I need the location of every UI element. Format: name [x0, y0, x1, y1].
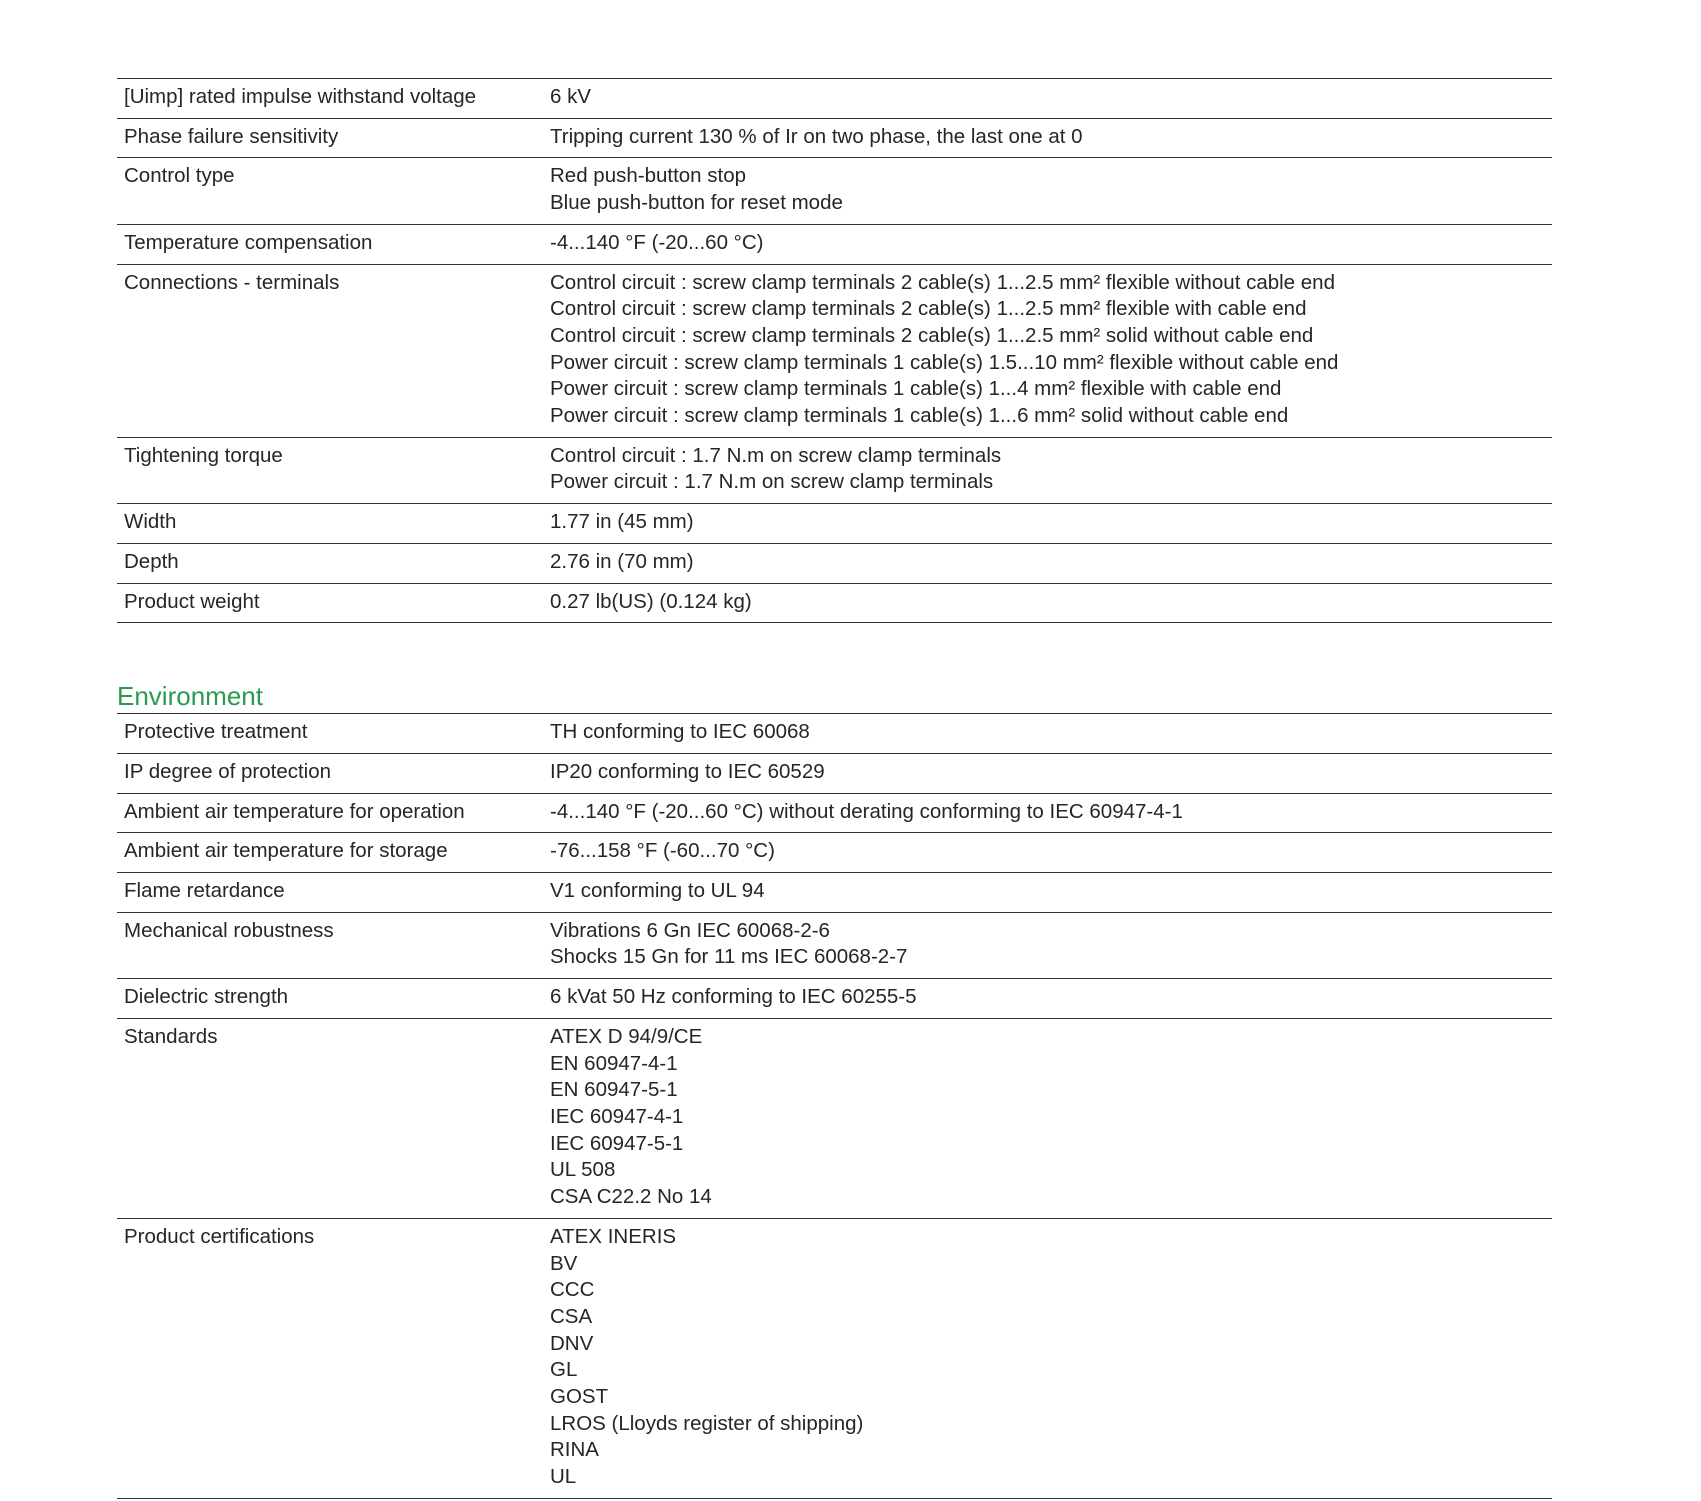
spec-label: Product certifications [117, 1224, 543, 1491]
spec-value-line: IEC 60947-4-1 [550, 1104, 1552, 1131]
spec-value: ATEX D 94/9/CEEN 60947-4-1EN 60947-5-1IE… [543, 1024, 1552, 1211]
table-row: Width1.77 in (45 mm) [117, 504, 1552, 544]
environment-section: Environment Protective treatmentTH confo… [117, 681, 1552, 1499]
spec-value-line: ATEX D 94/9/CE [550, 1024, 1552, 1051]
spec-value: 1.77 in (45 mm) [543, 509, 1552, 536]
spec-value-line: GOST [550, 1384, 1552, 1411]
spec-table-main: [Uimp] rated impulse withstand voltage6 … [117, 78, 1552, 623]
spec-value-line: Shocks 15 Gn for 11 ms IEC 60068-2-7 [550, 944, 1552, 971]
spec-value: TH conforming to IEC 60068 [543, 719, 1552, 746]
table-row: Tightening torqueControl circuit : 1.7 N… [117, 438, 1552, 504]
spec-value-line: IP20 conforming to IEC 60529 [550, 759, 1552, 786]
spec-value-line: 1.77 in (45 mm) [550, 509, 1552, 536]
table-row: Mechanical robustnessVibrations 6 Gn IEC… [117, 913, 1552, 979]
table-row: Protective treatmentTH conforming to IEC… [117, 714, 1552, 754]
spec-label: Ambient air temperature for storage [117, 838, 543, 865]
spec-value: 0.27 lb(US) (0.124 kg) [543, 589, 1552, 616]
spec-label: Connections - terminals [117, 270, 543, 430]
spec-value-line: -76...158 °F (-60...70 °C) [550, 838, 1552, 865]
spec-value-line: 0.27 lb(US) (0.124 kg) [550, 589, 1552, 616]
spec-value-line: Tripping current 130 % of Ir on two phas… [550, 124, 1552, 151]
table-row: Ambient air temperature for storage-76..… [117, 833, 1552, 873]
spec-label: Flame retardance [117, 878, 543, 905]
table-row: Product weight0.27 lb(US) (0.124 kg) [117, 584, 1552, 624]
table-row: Phase failure sensitivityTripping curren… [117, 119, 1552, 159]
spec-value: Red push-button stopBlue push-button for… [543, 163, 1552, 216]
table-row: Product certificationsATEX INERISBVCCCCS… [117, 1219, 1552, 1499]
spec-label: Control type [117, 163, 543, 216]
spec-value-line: RINA [550, 1437, 1552, 1464]
spec-table-environment: Protective treatmentTH conforming to IEC… [117, 713, 1552, 1499]
table-row: StandardsATEX D 94/9/CEEN 60947-4-1EN 60… [117, 1019, 1552, 1219]
spec-label: Phase failure sensitivity [117, 124, 543, 151]
specifications-section: [Uimp] rated impulse withstand voltage6 … [117, 78, 1552, 623]
spec-value-line: Blue push-button for reset mode [550, 190, 1552, 217]
spec-value-line: Control circuit : screw clamp terminals … [550, 270, 1552, 297]
spec-value-line: -4...140 °F (-20...60 °C) [550, 230, 1552, 257]
spec-value-line: 2.76 in (70 mm) [550, 549, 1552, 576]
table-row: IP degree of protectionIP20 conforming t… [117, 754, 1552, 794]
spec-value: -4...140 °F (-20...60 °C) [543, 230, 1552, 257]
spec-value: -4...140 °F (-20...60 °C) without derati… [543, 799, 1552, 826]
section-heading-environment: Environment [117, 681, 1552, 713]
spec-value: -76...158 °F (-60...70 °C) [543, 838, 1552, 865]
table-row: Ambient air temperature for operation-4.… [117, 794, 1552, 834]
spec-value-line: Power circuit : screw clamp terminals 1 … [550, 403, 1552, 430]
spec-value-line: IEC 60947-5-1 [550, 1131, 1552, 1158]
spec-label: Depth [117, 549, 543, 576]
spec-label: Temperature compensation [117, 230, 543, 257]
table-row: Dielectric strength6 kVat 50 Hz conformi… [117, 979, 1552, 1019]
spec-value-line: Vibrations 6 Gn IEC 60068-2-6 [550, 918, 1552, 945]
spec-label: Standards [117, 1024, 543, 1211]
spec-value: ATEX INERISBVCCCCSADNVGLGOSTLROS (Lloyds… [543, 1224, 1552, 1491]
table-row: Flame retardanceV1 conforming to UL 94 [117, 873, 1552, 913]
spec-value-line: UL [550, 1464, 1552, 1491]
spec-value-line: Power circuit : screw clamp terminals 1 … [550, 350, 1552, 377]
spec-label: Width [117, 509, 543, 536]
spec-value-line: Control circuit : screw clamp terminals … [550, 323, 1552, 350]
spec-value-line: 6 kVat 50 Hz conforming to IEC 60255-5 [550, 984, 1552, 1011]
spec-label: Dielectric strength [117, 984, 543, 1011]
spec-value-line: EN 60947-4-1 [550, 1051, 1552, 1078]
spec-value: Control circuit : 1.7 N.m on screw clamp… [543, 443, 1552, 496]
spec-value-line: TH conforming to IEC 60068 [550, 719, 1552, 746]
table-row: Temperature compensation-4...140 °F (-20… [117, 225, 1552, 265]
spec-value-line: 6 kV [550, 84, 1552, 111]
spec-label: Product weight [117, 589, 543, 616]
spec-value-line: Control circuit : 1.7 N.m on screw clamp… [550, 443, 1552, 470]
spec-value-line: V1 conforming to UL 94 [550, 878, 1552, 905]
spec-value-line: DNV [550, 1331, 1552, 1358]
spec-label: Ambient air temperature for operation [117, 799, 543, 826]
spec-value-line: EN 60947-5-1 [550, 1077, 1552, 1104]
table-row: Depth2.76 in (70 mm) [117, 544, 1552, 584]
spec-value-line: Red push-button stop [550, 163, 1552, 190]
spec-value: V1 conforming to UL 94 [543, 878, 1552, 905]
spec-value-line: UL 508 [550, 1157, 1552, 1184]
spec-value: 2.76 in (70 mm) [543, 549, 1552, 576]
spec-value-line: BV [550, 1251, 1552, 1278]
spec-value-line: LROS (Lloyds register of shipping) [550, 1411, 1552, 1438]
spec-label: Tightening torque [117, 443, 543, 496]
spec-value: Tripping current 130 % of Ir on two phas… [543, 124, 1552, 151]
spec-label: Mechanical robustness [117, 918, 543, 971]
spec-label: [Uimp] rated impulse withstand voltage [117, 84, 543, 111]
spec-value-line: CSA [550, 1304, 1552, 1331]
datasheet-page: [Uimp] rated impulse withstand voltage6 … [117, 78, 1552, 1499]
table-row: Connections - terminalsControl circuit :… [117, 265, 1552, 438]
spec-label: IP degree of protection [117, 759, 543, 786]
spec-value: Vibrations 6 Gn IEC 60068-2-6Shocks 15 G… [543, 918, 1552, 971]
spec-value-line: GL [550, 1357, 1552, 1384]
spec-value-line: CSA C22.2 No 14 [550, 1184, 1552, 1211]
spec-value-line: Power circuit : screw clamp terminals 1 … [550, 376, 1552, 403]
spec-value: IP20 conforming to IEC 60529 [543, 759, 1552, 786]
spec-value: 6 kV [543, 84, 1552, 111]
spec-label: Protective treatment [117, 719, 543, 746]
spec-value-line: Power circuit : 1.7 N.m on screw clamp t… [550, 469, 1552, 496]
table-row: [Uimp] rated impulse withstand voltage6 … [117, 79, 1552, 119]
spec-value-line: -4...140 °F (-20...60 °C) without derati… [550, 799, 1552, 826]
spec-value: Control circuit : screw clamp terminals … [543, 270, 1552, 430]
spec-value: 6 kVat 50 Hz conforming to IEC 60255-5 [543, 984, 1552, 1011]
spec-value-line: Control circuit : screw clamp terminals … [550, 296, 1552, 323]
spec-value-line: CCC [550, 1277, 1552, 1304]
spec-value-line: ATEX INERIS [550, 1224, 1552, 1251]
table-row: Control typeRed push-button stopBlue pus… [117, 158, 1552, 224]
